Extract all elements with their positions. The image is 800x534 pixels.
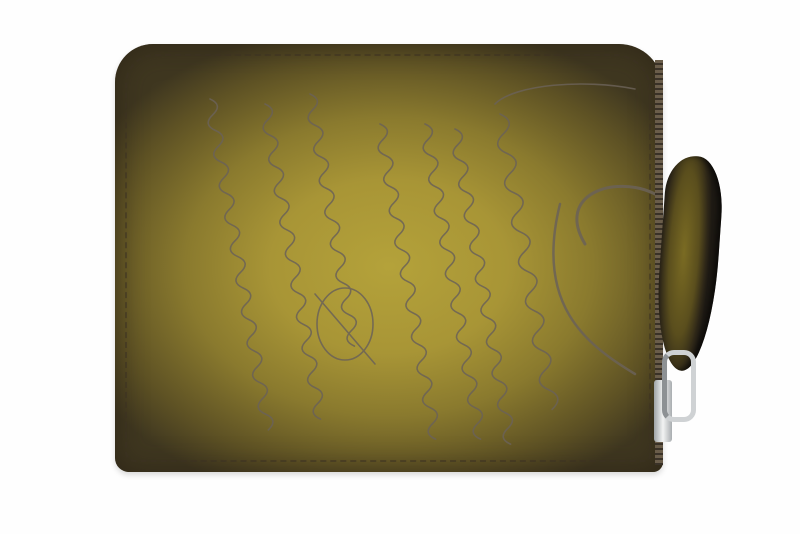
photo-scene: Zip-around leather wallet with engraved … — [0, 0, 800, 534]
engraved-script-pattern — [115, 44, 663, 472]
wallet-body — [115, 44, 663, 472]
zipper-ring — [662, 350, 696, 422]
zipper-pull-tab — [653, 154, 726, 373]
